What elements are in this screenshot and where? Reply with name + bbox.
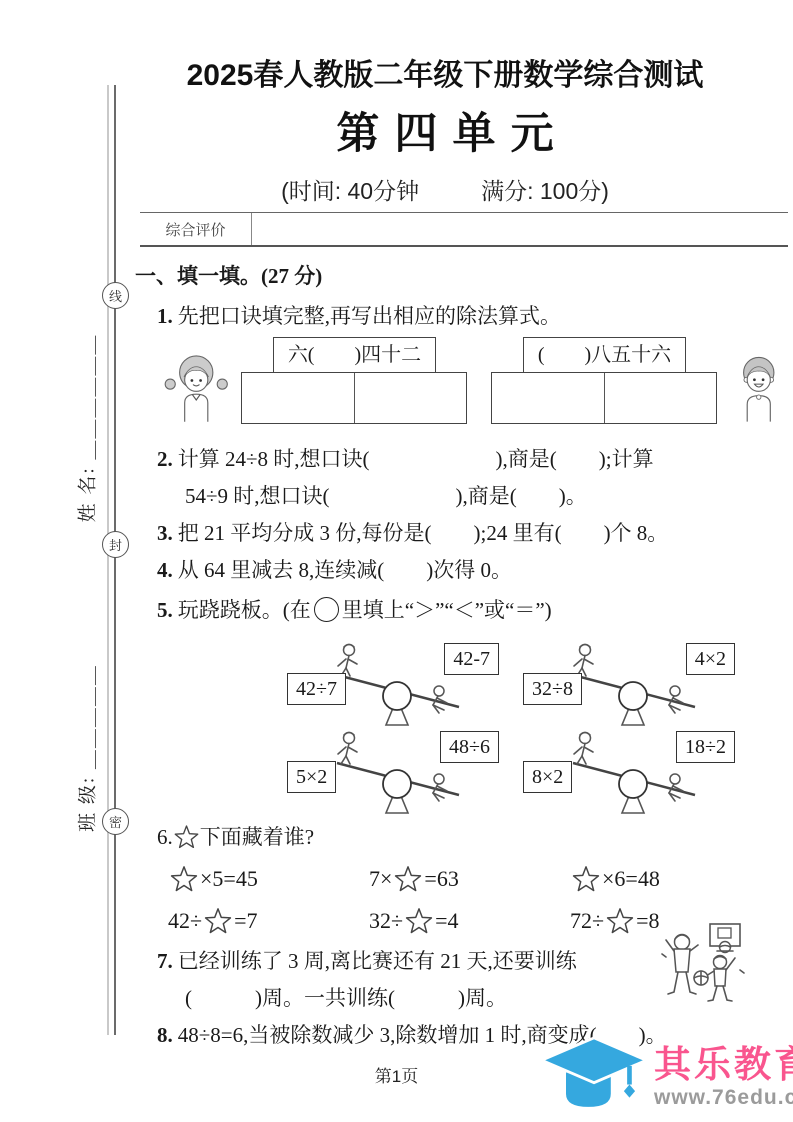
star-equation: 32÷ =4 [369, 907, 570, 935]
seesaw-right-expression: 42-7 [444, 643, 499, 675]
doc-title: 2025春人教版二年级下册数学综合测试 [140, 50, 750, 94]
seesaw-row-2: 5×2 48÷6 8×2 18÷2 [287, 729, 791, 817]
unit-title: 第四单元 [140, 100, 750, 161]
division-answer-cell [604, 373, 717, 423]
seesaw: 32÷8 4×2 [523, 641, 735, 729]
star-equation-row-1: ×5=45 7× =63 ×6=48 [168, 857, 791, 901]
question-4: 4.从 64 里减去 8,连续减( )次得 0。 [157, 552, 791, 589]
full-score: 满分: 100分) [481, 173, 609, 206]
seesaw-left-expression: 42÷7 [287, 673, 346, 705]
koujue-group-left: 六( )四十二 [241, 337, 467, 424]
graduation-cap-icon [538, 1036, 650, 1120]
division-answer-cell [354, 373, 467, 423]
exam-info: (时间: 40分钟 满分: 100分) [140, 173, 750, 206]
brand-url: www.76edu.com [654, 1085, 793, 1111]
brand-name: 其乐教育 [654, 1045, 793, 1085]
star-equation: ×5=45 [168, 865, 369, 893]
question-number: 4. [157, 558, 173, 582]
star-equation: 42÷ =7 [168, 907, 369, 935]
question-7: 7.已经训练了 3 周,离比赛还有 21 天,还要训练 ( )周。一共训练( )… [157, 943, 677, 1017]
question-number: 5. [157, 598, 173, 622]
question-number: 6. [157, 817, 173, 857]
class-field-label: 班 级: ＿＿＿＿＿ [73, 664, 100, 832]
seesaw-left-expression: 32÷8 [523, 673, 582, 705]
seal-line [107, 85, 109, 1035]
question-text: 54÷9 时,想口诀( ),商是( )。 [157, 478, 791, 515]
question-text: 把 21 平均分成 3 份,每份是( );24 里有( )个 8。 [178, 521, 669, 545]
question-text: 先把口诀填完整,再写出相应的除法算式。 [178, 304, 561, 328]
formula-card-right: ( )八五十六 [523, 337, 686, 373]
question-number: 1. [157, 304, 173, 328]
comparison-circle-icon [314, 597, 339, 622]
question-number: 7. [157, 949, 173, 973]
seesaw-right-expression: 48÷6 [440, 731, 499, 763]
section-1-heading: 一、填一填。(27 分) [135, 260, 791, 290]
seesaw-row-1: 42÷7 42-7 32÷8 4×2 [287, 641, 791, 729]
time-limit: (时间: 40分钟 [281, 173, 419, 206]
question-6: 6. 下面藏着谁? [157, 817, 791, 857]
seal-circle-bottom: 密 [102, 808, 129, 835]
question-number: 2. [157, 447, 173, 471]
star-icon [203, 907, 233, 935]
question-text: 计算 24÷8 时,想口诀( ),商是( );计算 [178, 447, 654, 471]
seesaw-right-expression: 18÷2 [676, 731, 735, 763]
star-icon [173, 824, 200, 850]
star-icon [404, 907, 434, 935]
girl-illustration [163, 337, 229, 437]
question-text: 从 64 里减去 8,连续减( )次得 0。 [178, 558, 512, 582]
basketball-illustration [656, 918, 748, 1013]
question-1: 1.先把口诀填完整,再写出相应的除法算式。 [157, 298, 791, 335]
evaluation-table: 综合评价 [140, 212, 788, 247]
question-1-figure: 六( )四十二 ( )八五十六 [163, 337, 791, 439]
koujue-group-right: ( )八五十六 [491, 337, 717, 424]
question-text: 里填上“＞”“＜”或“＝”) [342, 598, 552, 622]
question-text: ( )周。一共训练( )周。 [157, 980, 677, 1017]
star-icon [169, 865, 199, 893]
seesaw-right-expression: 4×2 [686, 643, 735, 675]
question-5: 5.玩跷跷板。(在里填上“＞”“＜”或“＝”) [157, 589, 791, 631]
star-equation: ×6=48 [570, 865, 771, 893]
division-answer-cell [492, 373, 604, 423]
question-3: 3.把 21 平均分成 3 份,每份是( );24 里有( )个 8。 [157, 515, 791, 552]
seesaw: 42÷7 42-7 [287, 641, 499, 729]
star-icon [605, 907, 635, 935]
evaluation-score-cell [252, 213, 788, 245]
star-icon [571, 865, 601, 893]
brand-text: 其乐教育 www.76edu.com [654, 1045, 793, 1111]
seal-line [114, 85, 116, 1035]
name-field-label: 姓 名: ＿＿＿＿＿＿ [73, 334, 100, 523]
seal-circle-top: 线 [102, 282, 129, 309]
seesaw-illustration [565, 641, 705, 729]
seesaw-left-expression: 5×2 [287, 761, 336, 793]
question-number: 8. [157, 1023, 173, 1047]
worksheet-page: 线 封 密 姓 名: ＿＿＿＿＿＿ 班 级: ＿＿＿＿＿ 2025春人教版二年级… [0, 0, 793, 1122]
evaluation-label: 综合评价 [140, 213, 252, 245]
seesaw: 5×2 48÷6 [287, 729, 499, 817]
boy-illustration [727, 337, 791, 437]
seal-circle-middle: 封 [102, 531, 129, 558]
question-text: 下面藏着谁? [200, 817, 314, 857]
question-2: 2.计算 24÷8 时,想口诀( ),商是( );计算 54÷9 时,想口诀( … [157, 441, 791, 515]
question-number: 3. [157, 521, 173, 545]
brand-logo: 其乐教育 www.76edu.com [538, 1036, 793, 1120]
seesaw: 8×2 18÷2 [523, 729, 735, 817]
star-icon [393, 865, 423, 893]
question-text: 玩跷跷板。(在 [178, 598, 311, 622]
division-answer-boxes [241, 372, 467, 424]
division-answer-boxes [491, 372, 717, 424]
seesaw-left-expression: 8×2 [523, 761, 572, 793]
division-answer-cell [242, 373, 354, 423]
formula-card-left: 六( )四十二 [273, 337, 436, 373]
question-text: 已经训练了 3 周,离比赛还有 21 天,还要训练 [178, 949, 577, 973]
star-equation: 7× =63 [369, 865, 570, 893]
